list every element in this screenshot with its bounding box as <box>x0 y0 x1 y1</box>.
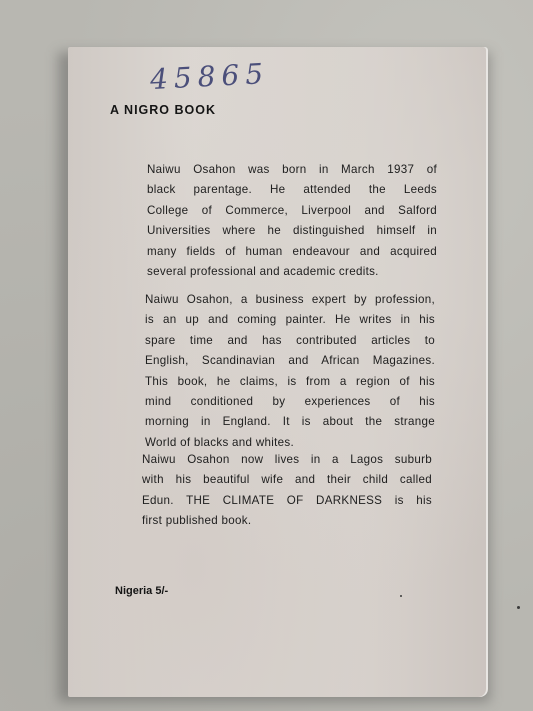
text-line: with his beautiful wife and their child … <box>142 470 432 490</box>
publisher-heading: A NIGRO BOOK <box>110 103 216 117</box>
text-line: morning in England. It is about the stra… <box>145 412 435 432</box>
text-line: Naiwu Osahon was born in March 1937 of <box>147 160 437 180</box>
text-line: spare time and has contributed articles … <box>145 331 435 351</box>
author-profession-paragraph: Naiwu Osahon, a business expert by profe… <box>145 290 435 453</box>
text-line: black parentage. He attended the Leeds <box>147 180 437 200</box>
text-line: several professional and academic credit… <box>147 262 437 282</box>
text-line: first published book. <box>142 511 432 531</box>
text-line: Universities where he distinguished hims… <box>147 221 437 241</box>
text-line: College of Commerce, Liverpool and Salfo… <box>147 201 437 221</box>
text-line: is an up and coming painter. He writes i… <box>145 310 435 330</box>
price-label: Nigeria 5/- <box>115 585 168 597</box>
text-line: Naiwu Osahon now lives in a Lagos suburb <box>142 450 432 470</box>
author-bio-paragraph: Naiwu Osahon was born in March 1937 ofbl… <box>147 160 437 282</box>
handwritten-number: 45865 <box>149 57 270 96</box>
dust-speck <box>517 606 520 609</box>
text-line: mind conditioned by experiences of his <box>145 392 435 412</box>
text-line: Edun. THE CLIMATE OF DARKNESS is his <box>142 491 432 511</box>
text-line: many fields of human endeavour and acqui… <box>147 242 437 262</box>
text-line: This book, he claims, is from a region o… <box>145 372 435 392</box>
text-line: Naiwu Osahon, a business expert by profe… <box>145 290 435 310</box>
author-residence-paragraph: Naiwu Osahon now lives in a Lagos suburb… <box>142 450 432 532</box>
text-line: English, Scandinavian and African Magazi… <box>145 351 435 371</box>
dust-speck <box>400 595 402 597</box>
